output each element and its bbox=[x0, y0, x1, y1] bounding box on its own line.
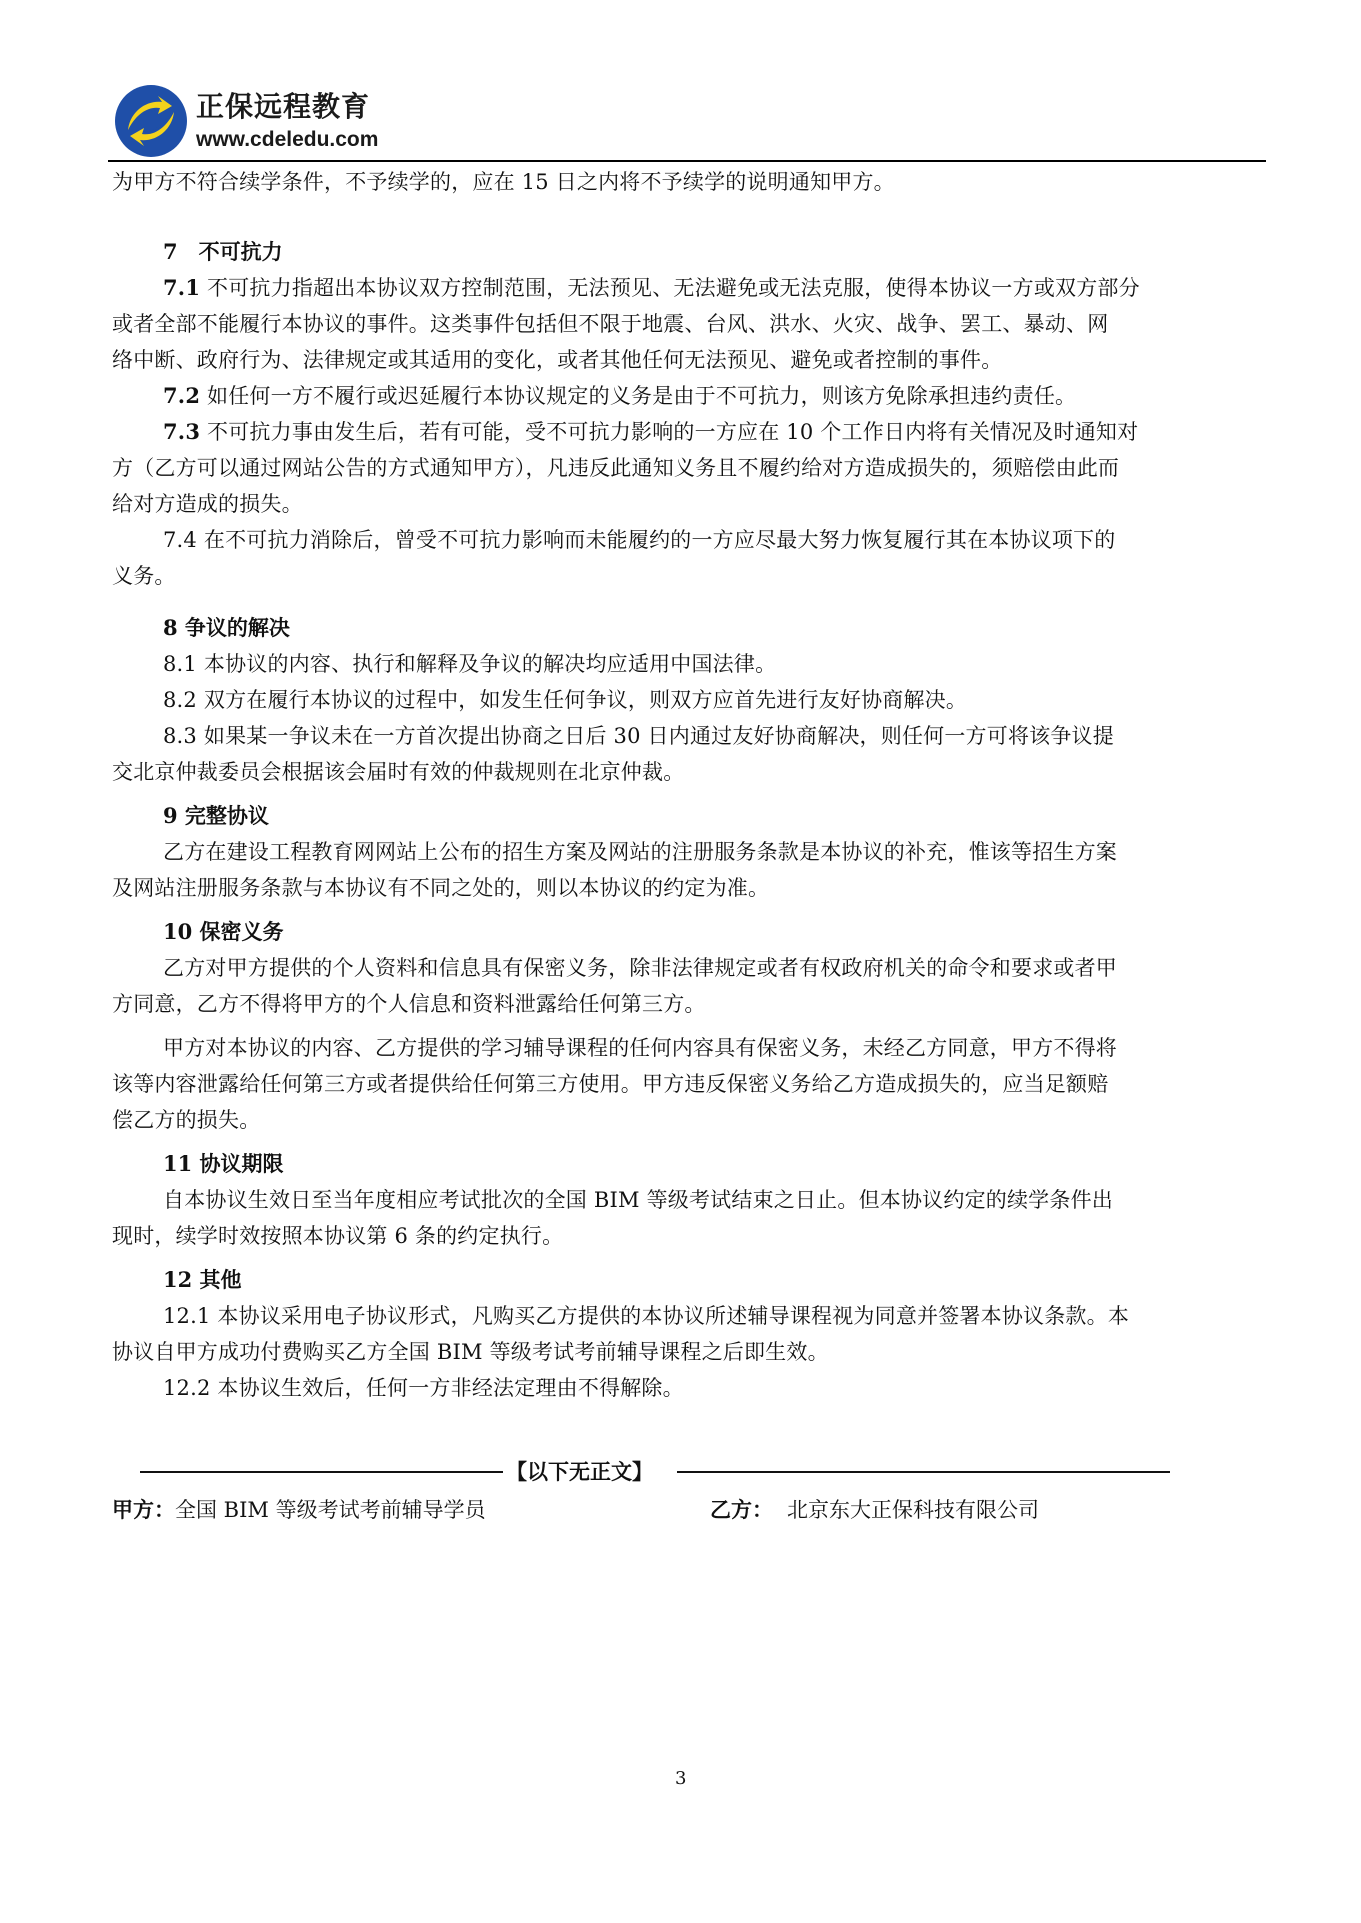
clause-8-1: 8.1 本协议的内容、执行和解释及争议的解决均应适用中国法律。 bbox=[112, 646, 1262, 682]
section-9-text-line: 及网站注册服务条款与本协议有不同之处的，则以本协议的约定为准。 bbox=[112, 870, 1262, 906]
clause-8-3-line: 交北京仲裁委员会根据该会届时有效的仲裁规则在北京仲裁。 bbox=[112, 754, 1262, 790]
section-10-para-2-line: 偿乙方的损失。 bbox=[112, 1102, 1262, 1138]
section-11-text-line: 现时，续学时效按照本协议第 6 条的约定执行。 bbox=[112, 1218, 1262, 1254]
clause-7-1-line: 络中断、政府行为、法律规定或其适用的变化，或者其他任何无法预见、避免或者控制的事… bbox=[112, 342, 1262, 378]
clause-7-4: 7.4 在不可抗力消除后，曾受不可抗力影响而未能履约的一方应尽最大努力恢复履行其… bbox=[112, 522, 1262, 558]
section-10-heading: 10 保密义务 bbox=[112, 914, 1262, 950]
section-10-para-1: 乙方对甲方提供的个人资料和信息具有保密义务，除非法律规定或者有权政府机关的命令和… bbox=[112, 950, 1262, 986]
party-a: 甲方：全国 BIM 等级考试考前辅导学员 bbox=[112, 1492, 486, 1528]
end-of-text-divider: 【以下无正文】 bbox=[140, 1457, 1170, 1487]
brand-name: 正保远程教育 bbox=[196, 90, 370, 124]
section-8-heading: 8 争议的解决 bbox=[112, 610, 1262, 646]
clause-7-4-line: 义务。 bbox=[112, 558, 1262, 594]
clause-8-3: 8.3 如果某一争议未在一方首次提出协商之日后 30 日内通过友好协商解决，则任… bbox=[112, 718, 1262, 754]
clause-7-3-line: 方（乙方可以通过网站公告的方式通知甲方），凡违反此通知义务且不履约给对方造成损失… bbox=[112, 450, 1262, 486]
clause-7-3: 7.3 不可抗力事由发生后，若有可能，受不可抗力影响的一方应在 10 个工作日内… bbox=[112, 414, 1262, 450]
clause-12-2: 12.2 本协议生效后，任何一方非经法定理由不得解除。 bbox=[112, 1370, 1262, 1406]
header-divider bbox=[108, 160, 1266, 162]
clause-7-1-line: 或者全部不能履行本协议的事件。这类事件包括但不限于地震、台风、洪水、火灾、战争、… bbox=[112, 306, 1262, 342]
clause-8-2: 8.2 双方在履行本协议的过程中，如发生任何争议，则双方应首先进行友好协商解决。 bbox=[112, 682, 1262, 718]
clause-number: 7.2 bbox=[163, 383, 200, 408]
clause-7-2: 7.2 如任何一方不履行或迟延履行本协议规定的义务是由于不可抗力，则该方免除承担… bbox=[112, 378, 1262, 414]
party-a-label: 甲方： bbox=[112, 1498, 175, 1522]
clause-number: 7.3 bbox=[163, 419, 200, 444]
page-number: 3 bbox=[675, 1768, 686, 1790]
clause-7-3-line: 给对方造成的损失。 bbox=[112, 486, 1262, 522]
section-10-para-2-line: 该等内容泄露给任何第三方或者提供给任何第三方使用。甲方违反保密义务给乙方造成损失… bbox=[112, 1066, 1262, 1102]
section-10-para-2: 甲方对本协议的内容、乙方提供的学习辅导课程的任何内容具有保密义务，未经乙方同意，… bbox=[112, 1030, 1262, 1066]
section-10-para-1-line: 方同意，乙方不得将甲方的个人信息和资料泄露给任何第三方。 bbox=[112, 986, 1262, 1022]
party-b-label: 乙方： bbox=[710, 1498, 773, 1522]
clause-7-1: 7.1 不可抗力指超出本协议双方控制范围，无法预见、无法避免或无法克服，使得本协… bbox=[112, 270, 1262, 306]
continuation-line: 为甲方不符合续学条件，不予续学的，应在 15 日之内将不予续学的说明通知甲方。 bbox=[112, 164, 1262, 200]
clause-12-1: 12.1 本协议采用电子协议形式，凡购买乙方提供的本协议所述辅导课程视为同意并签… bbox=[112, 1298, 1262, 1334]
signature-row: 甲方：全国 BIM 等级考试考前辅导学员 乙方：北京东大正保科技有限公司 bbox=[112, 1492, 1262, 1528]
party-b-value: 北京东大正保科技有限公司 bbox=[787, 1498, 1039, 1522]
party-a-value: 全国 BIM 等级考试考前辅导学员 bbox=[175, 1498, 486, 1522]
section-9-heading: 9 完整协议 bbox=[112, 798, 1262, 834]
section-7-heading: 7 不可抗力 bbox=[112, 234, 1262, 270]
clause-12-1-line: 协议自甲方成功付费购买乙方全国 BIM 等级考试考前辅导课程之后即生效。 bbox=[112, 1334, 1262, 1370]
section-11-heading: 11 协议期限 bbox=[112, 1146, 1262, 1182]
section-11-text: 自本协议生效日至当年度相应考试批次的全国 BIM 等级考试结束之日止。但本协议约… bbox=[112, 1182, 1262, 1218]
party-b: 乙方：北京东大正保科技有限公司 bbox=[710, 1492, 1039, 1528]
document-body: 为甲方不符合续学条件，不予续学的，应在 15 日之内将不予续学的说明通知甲方。 … bbox=[112, 164, 1262, 1406]
brand-url: www.cdeledu.com bbox=[196, 128, 378, 152]
section-9-text: 乙方在建设工程教育网网站上公布的招生方案及网站的注册服务条款是本协议的补充，惟该… bbox=[112, 834, 1262, 870]
document-page: 正保远程教育 www.cdeledu.com 为甲方不符合续学条件，不予续学的，… bbox=[0, 0, 1361, 1923]
section-12-heading: 12 其他 bbox=[112, 1262, 1262, 1298]
clause-number: 7.1 bbox=[163, 275, 200, 300]
end-of-text-marker: 【以下无正文】 bbox=[506, 1457, 653, 1487]
cdeledu-logo-icon bbox=[114, 84, 188, 158]
page-header: 正保远程教育 www.cdeledu.com bbox=[110, 84, 1270, 160]
